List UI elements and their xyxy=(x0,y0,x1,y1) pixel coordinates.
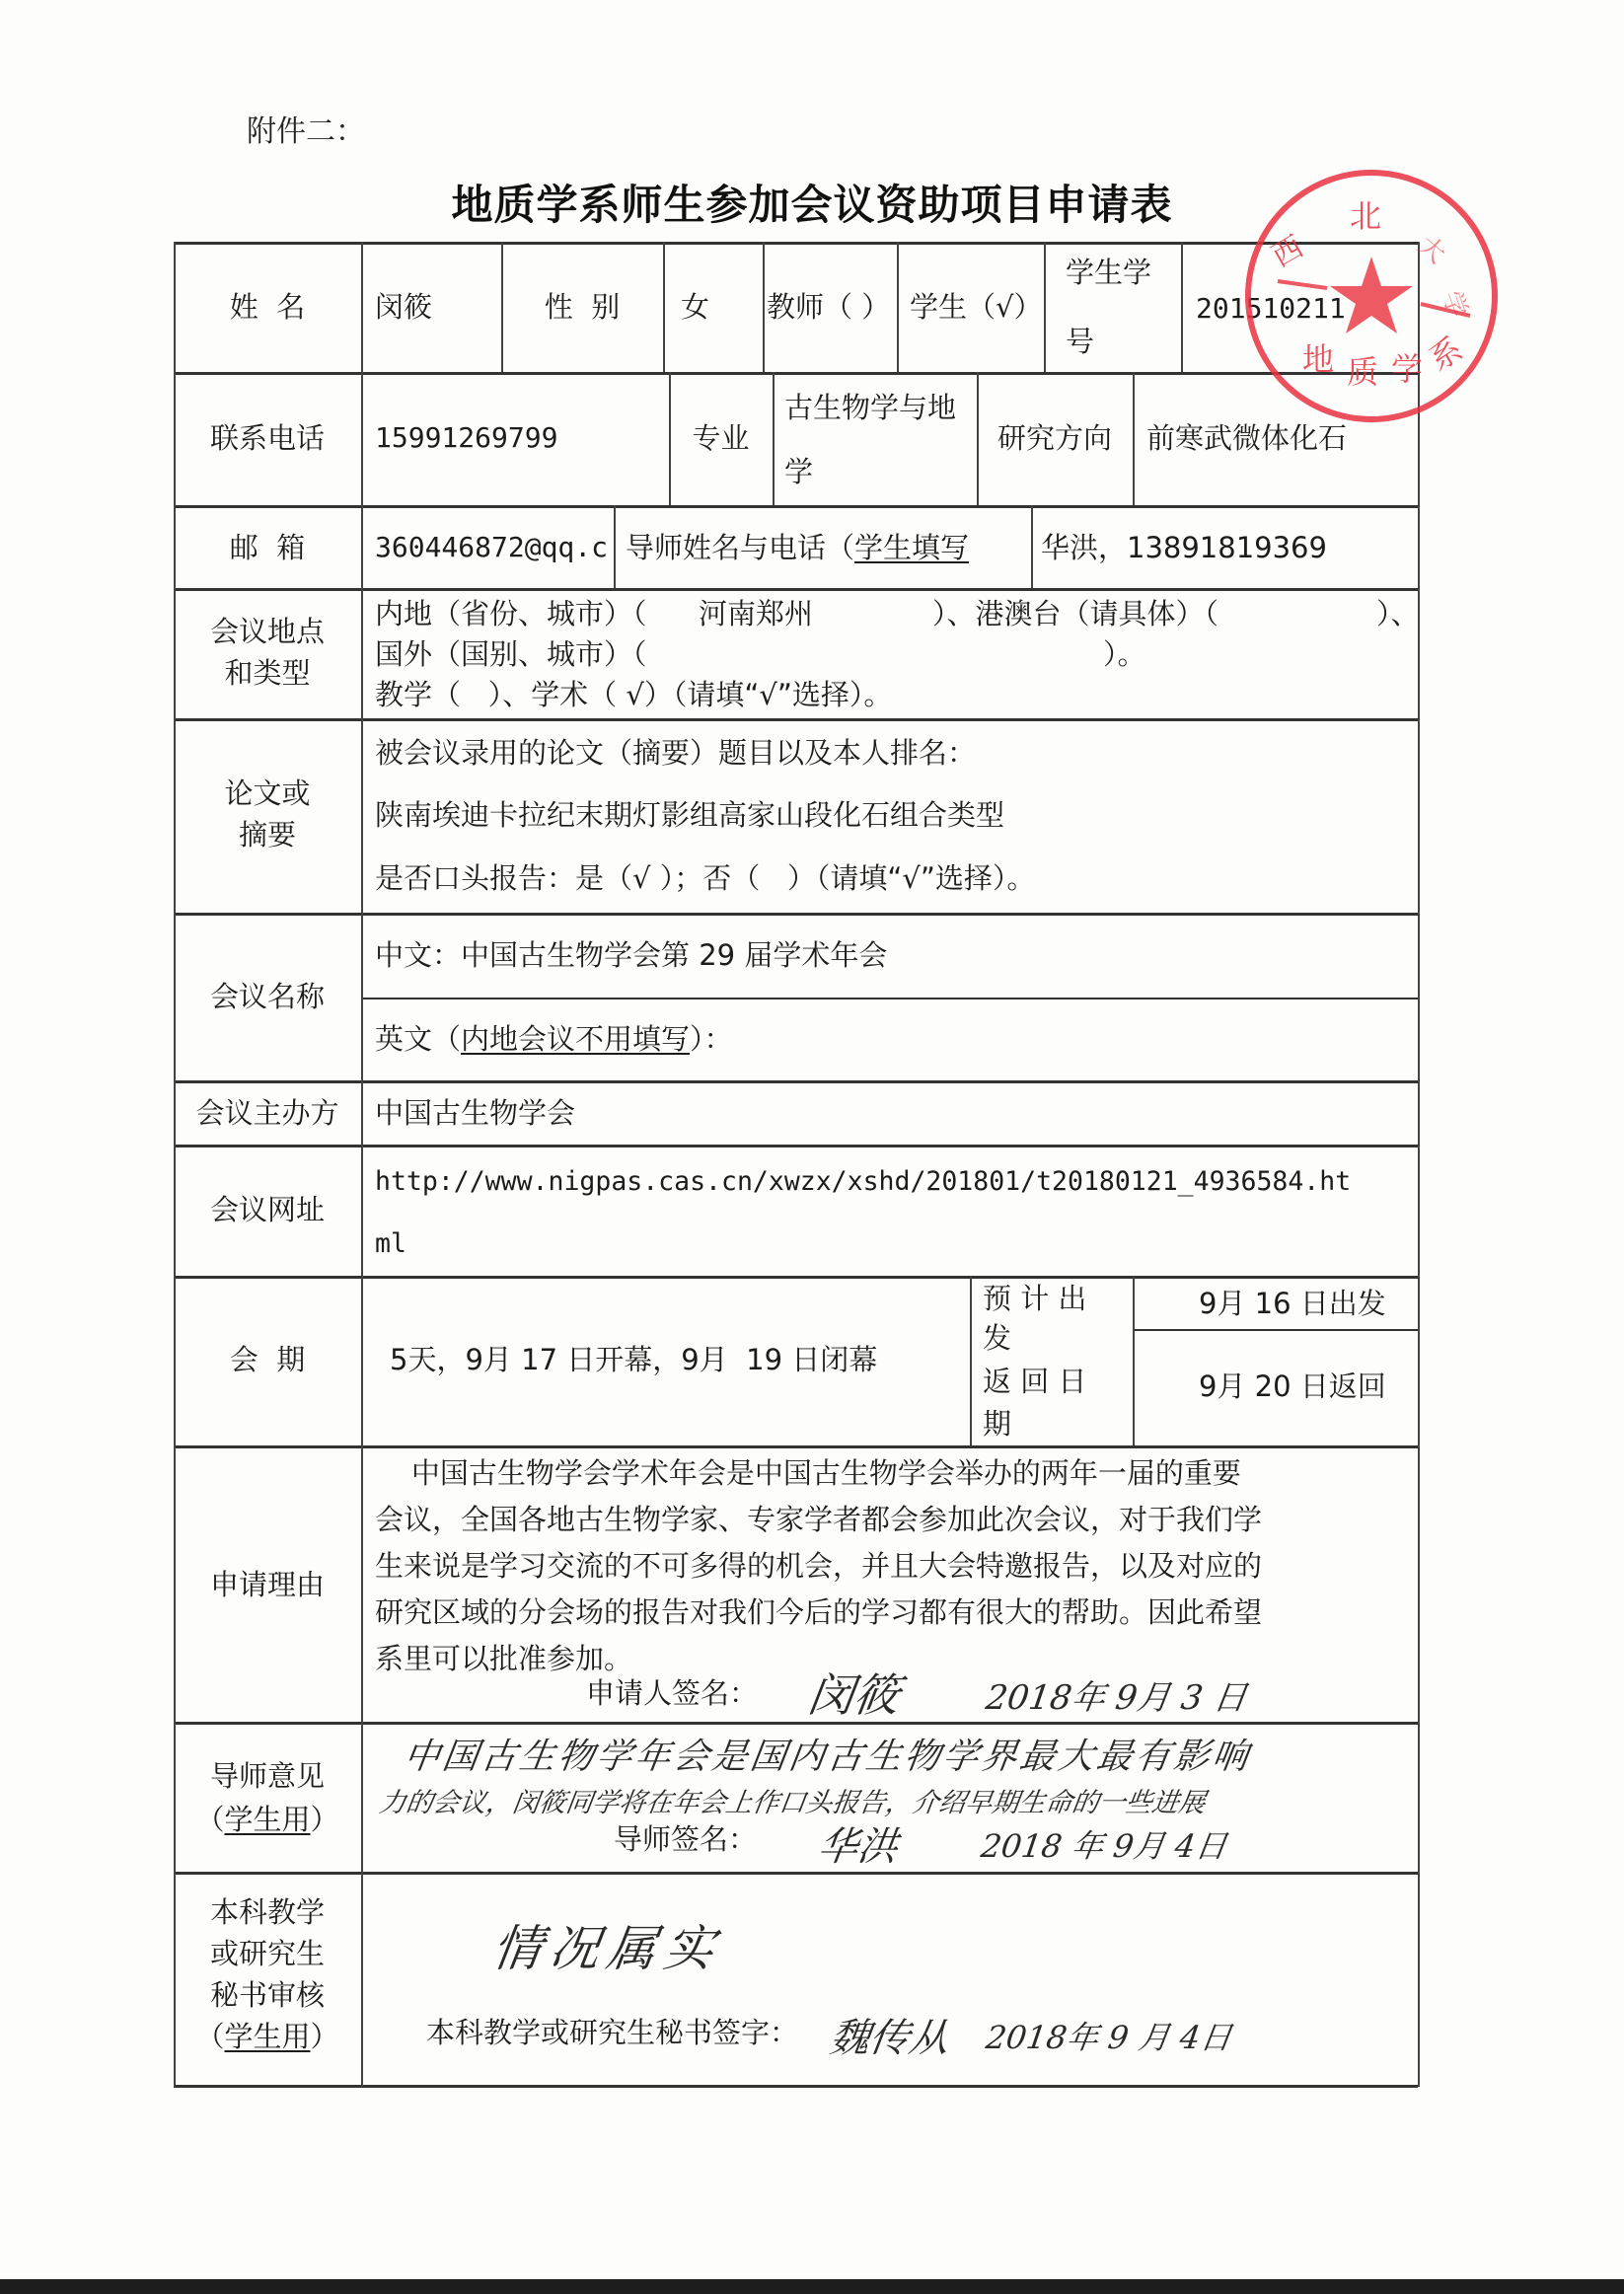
paper-label: 论文或 xyxy=(174,776,361,811)
reason-line: 生来说是学习交流的不可多得的机会，并且大会特邀报告，以及对应的 xyxy=(375,1543,1411,1590)
major-label: 专业 xyxy=(669,420,773,456)
col-divider xyxy=(763,242,765,372)
advisor-field[interactable]: 华洪，13891819369 xyxy=(1041,530,1327,565)
paren: （ xyxy=(195,1803,224,1836)
oral-report-options[interactable]: 是否口头报告：是（√ ）；否（ ）（请填“√”选择）。 xyxy=(375,860,1035,896)
secretary-signature-label: 本科教学或研究生秘书签字： xyxy=(426,2015,798,2050)
advisor-opinion-label: 导师意见 xyxy=(174,1758,361,1794)
major-field-cont[interactable]: 学 xyxy=(784,454,813,489)
col-divider xyxy=(361,242,363,2087)
travel-dates-label: 预 计 出 xyxy=(983,1281,1086,1316)
row-divider xyxy=(361,998,1418,999)
email-label: 邮 箱 xyxy=(174,530,361,565)
svg-text:质: 质 xyxy=(1347,353,1378,391)
paper-label: 摘要 xyxy=(174,817,361,852)
gender-field[interactable]: 女 xyxy=(681,289,709,325)
abroad-close: ）。 xyxy=(1103,636,1146,672)
advisor-opinion-text[interactable]: 中国古生物学年会是国内古生物学界最大最有影响 xyxy=(401,1729,1254,1779)
paren: ） xyxy=(311,2020,339,2053)
col-divider xyxy=(970,1276,972,1445)
applicant-signature[interactable]: 闵筱 xyxy=(804,1660,904,1725)
student-id-label: 学生学 xyxy=(1066,255,1151,290)
col-divider xyxy=(1133,372,1135,505)
secretary-review-label: 本科教学 xyxy=(174,1894,361,1930)
location-mainland: 内地（省份、城市）（ xyxy=(375,596,647,631)
secretary-review-label: 或研究生 xyxy=(174,1936,361,1971)
student-use-note: 学生用 xyxy=(224,2020,310,2053)
secretary-review-label: 秘书审核 xyxy=(174,1977,361,2013)
applicant-signature-label: 申请人签名： xyxy=(586,1675,758,1711)
research-label: 研究方向 xyxy=(977,420,1133,456)
svg-text:系: 系 xyxy=(1423,330,1469,378)
hmt-label: ）、港澳台（请具体）（ xyxy=(932,596,1218,631)
period-field[interactable]: 5天，9月 17 日开幕，9月 19 日闭幕 xyxy=(390,1342,877,1377)
mainland-city-field[interactable]: 河南郑州 xyxy=(699,596,813,631)
paper-title-field[interactable]: 陕南埃迪卡拉纪末期灯影组高家山段化石组合类型 xyxy=(375,797,1004,833)
secretary-sign-date[interactable]: 2018年 9 月 4日 xyxy=(984,2013,1235,2058)
advisor-label-note: 学生填写 xyxy=(854,531,969,564)
secretary-review-label: （学生用） xyxy=(174,2019,361,2054)
advisor-sign-date[interactable]: 2018 年 9月 4日 xyxy=(979,1821,1230,1867)
phone-field[interactable]: 15991269799 xyxy=(375,420,557,456)
location-label: 会议地点 xyxy=(174,614,361,649)
col-divider xyxy=(773,372,775,505)
return-date-field[interactable]: 9月 20 日返回 xyxy=(1199,1369,1386,1404)
advisor-signature-label: 导师签名： xyxy=(614,1821,757,1857)
travel-dates-label: 发 xyxy=(983,1320,1011,1356)
abroad-label: 国外（国别、城市）（ xyxy=(375,636,647,672)
svg-text:大: 大 xyxy=(1412,231,1450,270)
gender-label: 性 别 xyxy=(501,289,663,325)
conference-name-label: 会议名称 xyxy=(174,979,361,1014)
reason-line: 中国古生物学会学术年会是中国古生物学会举办的两年一届的重要 xyxy=(375,1450,1411,1497)
advisor-opinion-label: （学生用） xyxy=(174,1802,361,1837)
svg-text:学: 学 xyxy=(1391,350,1423,388)
row-divider xyxy=(1133,1329,1418,1331)
col-divider xyxy=(1031,505,1033,588)
en-label: 英文（ xyxy=(375,1022,461,1056)
en-note: 内地会议不用填写 xyxy=(461,1022,690,1056)
student-use-note: 学生用 xyxy=(224,1803,310,1836)
paren: （ xyxy=(195,2020,224,2053)
secretary-review-text[interactable]: 情况属实 xyxy=(488,1909,727,1980)
organizer-label: 会议主办方 xyxy=(174,1095,361,1131)
organizer-field[interactable]: 中国古生物学会 xyxy=(375,1095,575,1131)
website-url-link-cont[interactable]: ml xyxy=(375,1226,406,1262)
website-url-link[interactable]: http://www.nigpas.cas.cn/xwzx/xshd/20180… xyxy=(375,1164,1351,1200)
advisor-label-text: 导师姓名与电话（ xyxy=(626,531,854,564)
scanner-edge xyxy=(0,2279,1624,2294)
annex-label: 附件二： xyxy=(247,107,365,150)
conference-name-en[interactable]: 英文（内地会议不用填写）： xyxy=(375,1021,733,1057)
major-field[interactable]: 古生物学与地 xyxy=(784,390,956,425)
en-suffix: ）： xyxy=(690,1022,733,1056)
col-divider xyxy=(1133,1276,1135,1445)
phone-label: 联系电话 xyxy=(174,420,361,456)
official-seal-icon: 北 大 学 西 地 质 学 系 xyxy=(1233,158,1510,434)
col-divider xyxy=(1181,242,1183,372)
col-divider xyxy=(663,242,665,372)
col-divider xyxy=(1044,242,1046,372)
reason-line: 研究区域的分会场的报告对我们今后的学习都有很大的帮助。因此希望 xyxy=(375,1590,1411,1636)
advisor-signature[interactable]: 华洪 xyxy=(815,1815,902,1872)
departure-date-field[interactable]: 9月 16 日出发 xyxy=(1199,1286,1386,1321)
svg-text:北: 北 xyxy=(1350,197,1381,235)
reason-line: 会议，全国各地古生物学家、专家学者都会参加此次会议，对于我们学 xyxy=(375,1497,1411,1543)
reason-field[interactable]: 中国古生物学会学术年会是中国古生物学会举办的两年一届的重要 会议，全国各地古生物… xyxy=(375,1450,1411,1682)
svg-text:西: 西 xyxy=(1267,230,1309,274)
location-label: 和类型 xyxy=(174,655,361,691)
applicant-sign-date[interactable]: 2018年 9月 3 日 xyxy=(984,1670,1251,1719)
conference-name-cn[interactable]: 中文：中国古生物学会第 29 届学术年会 xyxy=(375,937,887,973)
reason-label: 申请理由 xyxy=(174,1567,361,1602)
table-border-right xyxy=(1418,242,1420,2087)
svg-text:地: 地 xyxy=(1302,340,1334,378)
hmt-close: ）、 xyxy=(1376,596,1420,631)
student-id-label: 号 xyxy=(1066,324,1094,359)
student-checkbox[interactable]: 学生（√） xyxy=(910,289,1042,325)
paper-intro: 被会议录用的论文（摘要）题目以及本人排名： xyxy=(375,735,976,771)
advisor-opinion-text-cont[interactable]: 力的会议，闵筱同学将在年会上作口头报告，介绍早期生命的一些进展 xyxy=(377,1781,1208,1819)
email-field[interactable]: 360446872@qq.c xyxy=(375,530,612,565)
secretary-signature[interactable]: 魏传从 xyxy=(827,2007,953,2063)
conference-type-options[interactable]: 教学（ ）、学术（ √）（请填“√”选择）。 xyxy=(375,677,892,712)
teacher-checkbox[interactable]: 教师（ ） xyxy=(767,289,890,325)
travel-dates-label: 返 回 日 xyxy=(983,1364,1086,1399)
website-label: 会议网址 xyxy=(174,1192,361,1227)
mainland-label: 内地（省份、城市）（ xyxy=(375,597,647,630)
name-field[interactable]: 闵筱 xyxy=(375,289,432,325)
travel-dates-label: 期 xyxy=(983,1406,1011,1442)
advisor-label: 导师姓名与电话（学生填写 xyxy=(626,530,1028,565)
period-label: 会 期 xyxy=(174,1342,361,1377)
col-divider xyxy=(614,505,616,588)
col-divider xyxy=(897,242,899,372)
name-label: 姓 名 xyxy=(174,289,361,325)
paren: ） xyxy=(311,1803,339,1836)
